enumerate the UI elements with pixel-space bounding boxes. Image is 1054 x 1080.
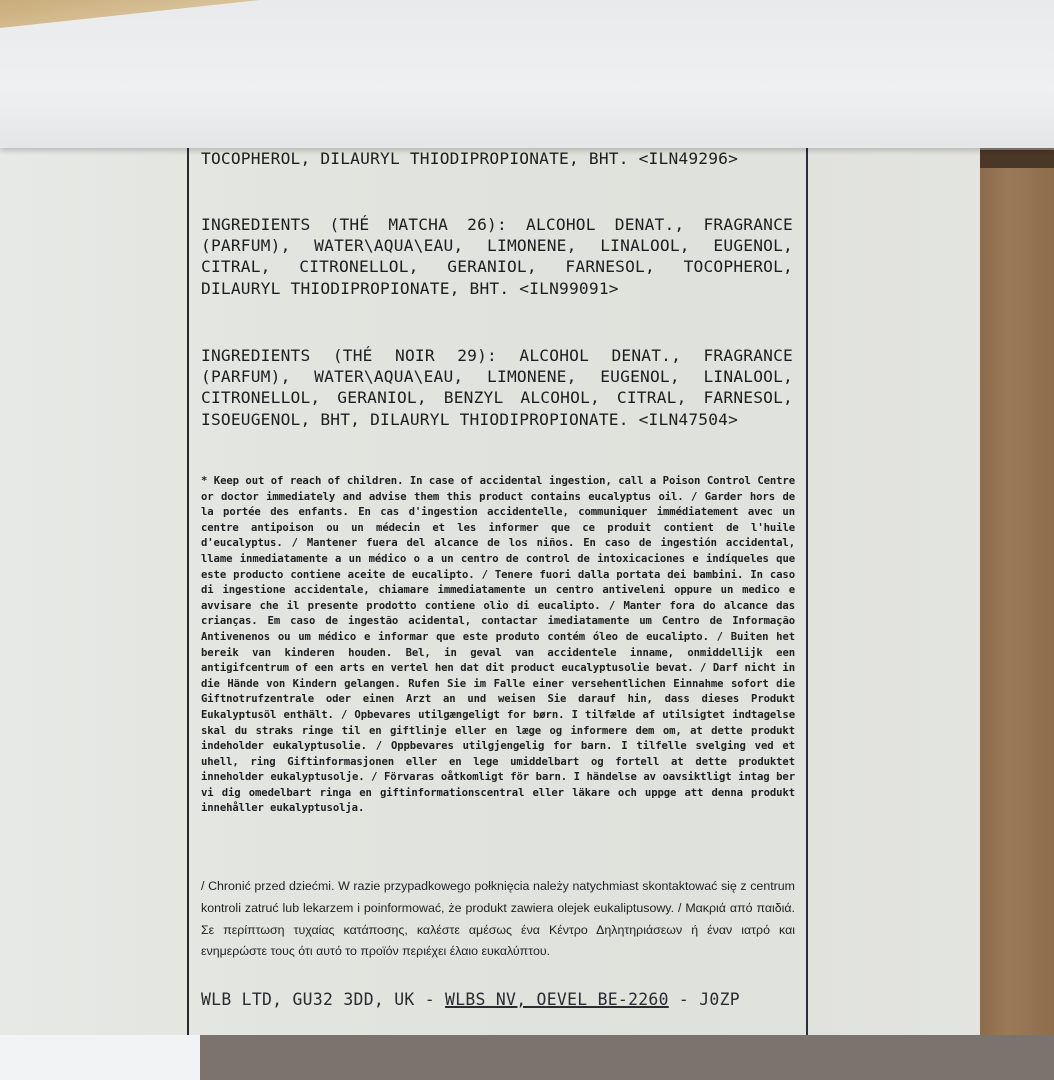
multilingual-warning-text-polish-greek: / Chronić przed dziećmi. W razie przypad… (201, 876, 795, 963)
manufacturer-footer: WLB LTD, GU32 3DD, UK - WLBS NV, OEVEL B… (201, 990, 795, 1009)
ingredients-block-1: TOCOPHEROL, DILAURYL THIODIPROPIONATE, B… (201, 148, 793, 169)
ingredients-block-the-matcha-26: INGREDIENTS (THÉ MATCHA 26): ALCOHOL DEN… (201, 214, 793, 299)
ingredients-text-box: GERANIOL, CITRAL, LINALOOL, TOCOPHEROL, … (187, 140, 808, 1035)
footer-be-address: WLBS NV, OEVEL BE-2260 (445, 990, 669, 1009)
cardboard-box-edge (978, 150, 1054, 1035)
multilingual-warning-text: * Keep out of reach of children. In case… (201, 474, 795, 817)
footer-uk-address: WLB LTD, GU32 3DD, UK - (201, 990, 445, 1009)
ingredients-block-the-noir-29: INGREDIENTS (THÉ NOIR 29): ALCOHOL DENAT… (201, 345, 793, 430)
cardboard-dark-edge (978, 150, 1054, 168)
footer-batch-code: - J0ZP (669, 990, 740, 1009)
tan-corner (0, 0, 260, 28)
white-paper-corner (0, 1035, 200, 1080)
white-paper-flap (0, 0, 1054, 148)
